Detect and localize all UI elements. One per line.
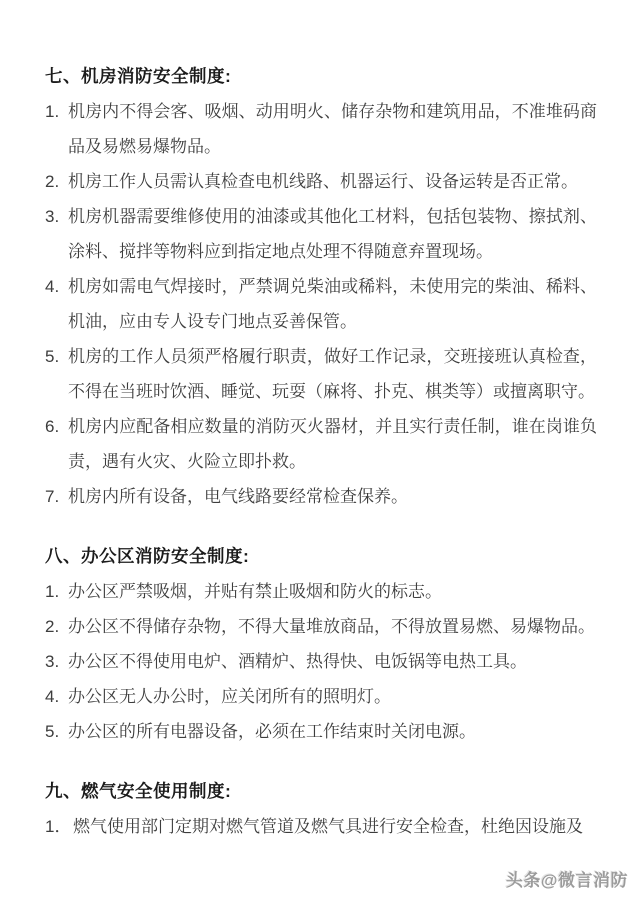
section-heading: 八、办公区消防安全制度: <box>45 539 597 574</box>
watermark: 头条@微言消防 <box>506 866 628 891</box>
item-text: 机房如需电气焊接时，严禁调兑柴油或稀料，未使用完的柴油、稀料、机油，应由专人设专… <box>68 277 597 331</box>
item-text: 机房工作人员需认真检查电机线路、机器运行、设备运转是否正常。 <box>68 172 578 191</box>
list-item: 2. 办公区不得储存杂物，不得大量堆放商品，不得放置易燃、易爆物品。 <box>45 609 597 644</box>
list-item: 1. 办公区严禁吸烟，并贴有禁止吸烟和防火的标志。 <box>45 574 597 609</box>
item-text: 办公区严禁吸烟，并贴有禁止吸烟和防火的标志。 <box>68 582 442 601</box>
section-heading: 七、机房消防安全制度: <box>45 59 597 94</box>
item-number: 5. <box>45 339 59 374</box>
list-item: 4. 办公区无人办公时，应关闭所有的照明灯。 <box>45 679 597 714</box>
document-body: 七、机房消防安全制度: 1. 机房内不得会客、吸烟、动用明火、储存杂物和建筑用品… <box>45 59 597 844</box>
item-number: 2. <box>45 609 59 644</box>
item-number: 4. <box>45 269 59 304</box>
item-number: 3. <box>45 199 59 234</box>
item-text: 机房内不得会客、吸烟、动用明火、储存杂物和建筑用品，不准堆码商品及易燃易爆物品。 <box>68 102 597 156</box>
item-text: 机房的工作人员须严格履行职责，做好工作记录，交班接班认真检查，不得在当班时饮酒、… <box>68 347 597 401</box>
item-number: 6. <box>45 409 59 444</box>
regulation-section: 九、燃气安全使用制度: 1． 燃气使用部门定期对燃气管道及燃气具进行安全检查，杜… <box>45 774 597 844</box>
item-number: 2. <box>45 164 59 199</box>
item-text: 燃气使用部门定期对燃气管道及燃气具进行安全检查，杜绝因设施及 <box>73 817 583 836</box>
item-text: 机房内所有设备，电气线路要经常检查保养。 <box>68 487 408 506</box>
list-item: 3. 机房机器需要维修使用的油漆或其他化工材料，包括包装物、擦拭剂、涂料、搅拌等… <box>45 199 597 269</box>
item-number: 1． <box>45 809 71 844</box>
list-item: 4. 机房如需电气焊接时，严禁调兑柴油或稀料，未使用完的柴油、稀料、机油，应由专… <box>45 269 597 339</box>
item-text: 机房机器需要维修使用的油漆或其他化工材料，包括包装物、擦拭剂、涂料、搅拌等物料应… <box>68 207 597 261</box>
section-item-list: 1. 办公区严禁吸烟，并贴有禁止吸烟和防火的标志。 2. 办公区不得储存杂物，不… <box>45 574 597 749</box>
section-heading: 九、燃气安全使用制度: <box>45 774 597 809</box>
list-item: 2. 机房工作人员需认真检查电机线路、机器运行、设备运转是否正常。 <box>45 164 597 199</box>
item-text: 办公区不得储存杂物，不得大量堆放商品，不得放置易燃、易爆物品。 <box>68 617 595 636</box>
list-item: 3. 办公区不得使用电炉、酒精炉、热得快、电饭锅等电热工具。 <box>45 644 597 679</box>
list-item: 5. 办公区的所有电器设备，必须在工作结束时关闭电源。 <box>45 714 597 749</box>
item-number: 5. <box>45 714 59 749</box>
regulation-section: 七、机房消防安全制度: 1. 机房内不得会客、吸烟、动用明火、储存杂物和建筑用品… <box>45 59 597 514</box>
item-number: 4. <box>45 679 59 714</box>
item-text: 办公区无人办公时，应关闭所有的照明灯。 <box>68 687 391 706</box>
item-number: 1. <box>45 574 59 609</box>
item-number: 3. <box>45 644 59 679</box>
section-item-list: 1. 机房内不得会客、吸烟、动用明火、储存杂物和建筑用品，不准堆码商品及易燃易爆… <box>45 94 597 514</box>
section-item-list: 1． 燃气使用部门定期对燃气管道及燃气具进行安全检查，杜绝因设施及 <box>45 809 597 844</box>
list-item: 1． 燃气使用部门定期对燃气管道及燃气具进行安全检查，杜绝因设施及 <box>45 809 597 844</box>
list-item: 5. 机房的工作人员须严格履行职责，做好工作记录，交班接班认真检查，不得在当班时… <box>45 339 597 409</box>
regulation-section: 八、办公区消防安全制度: 1. 办公区严禁吸烟，并贴有禁止吸烟和防火的标志。 2… <box>45 539 597 749</box>
item-text: 办公区的所有电器设备，必须在工作结束时关闭电源。 <box>68 722 476 741</box>
item-number: 1. <box>45 94 59 129</box>
list-item: 6. 机房内应配备相应数量的消防灭火器材，并且实行责任制，谁在岗谁负责，遇有火灾… <box>45 409 597 479</box>
list-item: 1. 机房内不得会客、吸烟、动用明火、储存杂物和建筑用品，不准堆码商品及易燃易爆… <box>45 94 597 164</box>
list-item: 7. 机房内所有设备，电气线路要经常检查保养。 <box>45 479 597 514</box>
item-text: 机房内应配备相应数量的消防灭火器材，并且实行责任制，谁在岗谁负责，遇有火灾、火险… <box>68 417 597 471</box>
item-text: 办公区不得使用电炉、酒精炉、热得快、电饭锅等电热工具。 <box>68 652 527 671</box>
item-number: 7. <box>45 479 59 514</box>
